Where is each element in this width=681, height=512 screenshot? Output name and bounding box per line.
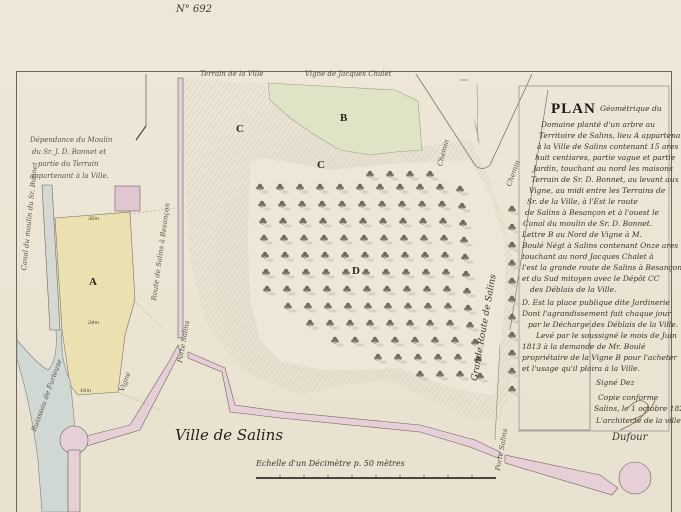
measure-a-top: 36m — [88, 216, 99, 222]
small-building — [115, 186, 140, 211]
parcel-label-b: B — [340, 112, 347, 124]
measure-a-bottom: 16m — [80, 388, 91, 394]
left-note-line-3: partie du Terrain — [38, 160, 99, 168]
left-note-line-2: du Sr. J. D. Bonnet et — [32, 148, 106, 156]
legend-subtitle: Géométrique du — [600, 104, 662, 113]
measure-a-mid: 24m — [88, 320, 99, 326]
parcel-label-a: A — [89, 276, 97, 288]
label-terrain-ville: Terrain de la Ville — [200, 70, 263, 78]
legend-title: PLAN — [551, 101, 596, 118]
scale-label: Echelle d'un Décimètre p. 50 mètres — [256, 459, 405, 468]
parcel-a — [55, 212, 135, 395]
scale-bar — [256, 477, 496, 479]
signature-name: Dufour — [612, 432, 647, 443]
wall-left — [178, 78, 183, 338]
parcel-label-c1: C — [236, 123, 244, 135]
left-note-line-1: Dépendance du Moulin — [30, 136, 112, 144]
town-label: Ville de Salins — [175, 426, 283, 444]
parcel-label-d: D — [352, 265, 360, 277]
bastion-right — [619, 462, 651, 494]
label-vigne-chalet: Vigne de Jacques Chalet — [305, 70, 391, 78]
left-note-line-4: appartenant à la Ville. — [30, 172, 109, 180]
parcel-label-c2: C — [317, 159, 325, 171]
